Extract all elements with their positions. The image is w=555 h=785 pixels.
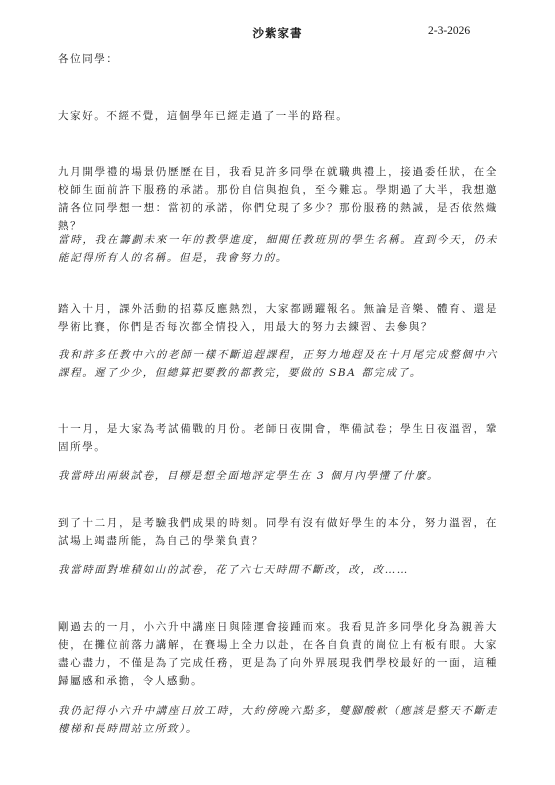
note-september: 當時，我在籌劃未來一年的教學進度，細閱任教班別的學生名稱。直到今天，仍未能記得所… <box>58 231 498 267</box>
paragraph-november: 十一月，是大家為考試備戰的月份。老師日夜開會，準備試卷；學生日夜溫習，鞏固所學。 <box>58 420 498 456</box>
document-date: 2-3-2026 <box>428 25 470 37</box>
paragraph-september: 九月開學禮的場景仍歷歷在目，我看見許多同學在就職典禮上，接過委任狀，在全校師生面… <box>58 163 498 235</box>
paragraph-january: 剛過去的一月，小六升中講座日與陸運會接踵而來。我看見許多同學化身為親善大使，在攤… <box>58 618 498 690</box>
note-december: 我當時面對堆積如山的試卷，花了六七天時間不斷改，改，改…… <box>58 561 498 579</box>
paragraph-october: 踏入十月，課外活動的招募反應熱烈，大家都踴躍報名。無論是音樂、體育、還是學術比賽… <box>58 300 498 336</box>
note-january: 我仍記得小六升中講座日放工時，大約傍晚六點多，雙腳酸軟（應該是整天不斷走樓梯和長… <box>58 702 498 738</box>
document-page: 沙紫家書 2-3-2026 各位同學： 大家好。不經不覺，這個學年已經走過了一半… <box>0 0 555 785</box>
note-november: 我當時出兩級試卷，目標是想全面地評定學生在 3 個月內學懂了什麼。 <box>58 467 498 485</box>
paragraph-december: 到了十二月，是考驗我們成果的時刻。同學有沒有做好學生的本分，努力溫習，在試場上竭… <box>58 514 498 550</box>
paragraph-intro: 大家好。不經不覺，這個學年已經走過了一半的路程。 <box>58 107 498 125</box>
note-october: 我和許多任教中六的老師一樣不斷追趕課程，正努力地趕及在十月尾完成整個中六課程。遲… <box>58 346 498 382</box>
salutation: 各位同學： <box>58 50 498 68</box>
document-title: 沙紫家書 <box>0 25 555 41</box>
